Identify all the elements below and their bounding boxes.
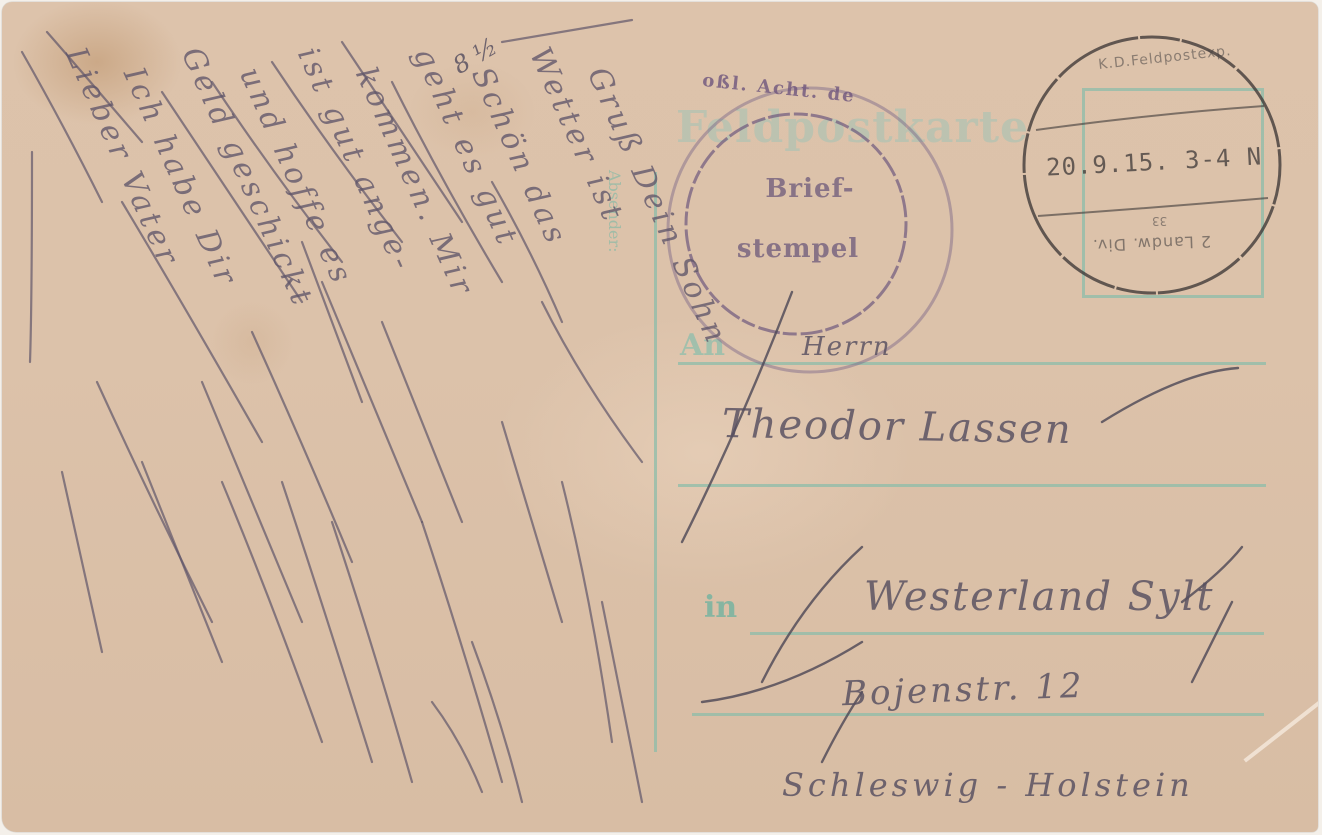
address-place: Westerland Sylt <box>864 574 1215 620</box>
stamp-circles <box>2 2 1318 832</box>
address-street: Bojenstr. 12 <box>841 666 1085 714</box>
unit-stamp-line-1: Brief- <box>710 174 910 204</box>
address-salutation: Herrn <box>802 332 892 362</box>
unit-stamp-line-2: stempel <box>698 234 898 264</box>
address-region: Schleswig - Holstein <box>782 766 1194 804</box>
address-name: Theodor Lassen <box>722 401 1073 453</box>
postmark-middle-text: 33 <box>1152 214 1167 228</box>
postcard: Feldpostkarte Absender: An in <box>2 2 1318 832</box>
